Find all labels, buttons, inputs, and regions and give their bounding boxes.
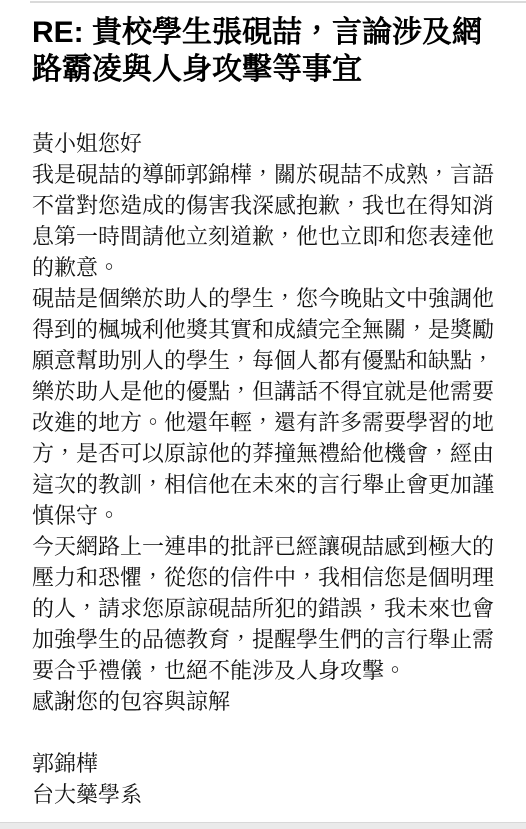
closing-line: 感謝您的包容與諒解 (32, 686, 498, 717)
paragraph-request: 今天網路上一連串的批評已經讓硯喆感到極大的壓力和恐懼，從您的信件中，我相信您是個… (32, 531, 498, 686)
top-divider (30, 1, 526, 3)
signature-affiliation: 台大藥學系 (32, 779, 498, 810)
email-body: RE: 貴校學生張硯喆，言論涉及網路霸凌與人身攻擊等事宜 黃小姐您好 我是硯喆的… (0, 0, 526, 810)
paragraph-explanation: 硯喆是個樂於助人的學生，您今晚貼文中強調他得到的楓城利他獎其實和成績完全無關，是… (32, 283, 498, 531)
bottom-divider (0, 822, 526, 829)
email-subject: RE: 貴校學生張硯喆，言論涉及網路霸凌與人身攻擊等事宜 (32, 14, 498, 88)
paragraph-apology: 我是硯喆的導師郭錦樺，關於硯喆不成熟，言語不當對您造成的傷害我深感抱歉，我也在得… (32, 159, 498, 283)
greeting-line: 黃小姐您好 (32, 128, 498, 159)
letter-page: RE: 貴校學生張硯喆，言論涉及網路霸凌與人身攻擊等事宜 黃小姐您好 我是硯喆的… (0, 0, 526, 829)
signature-name: 郭錦樺 (32, 748, 498, 779)
